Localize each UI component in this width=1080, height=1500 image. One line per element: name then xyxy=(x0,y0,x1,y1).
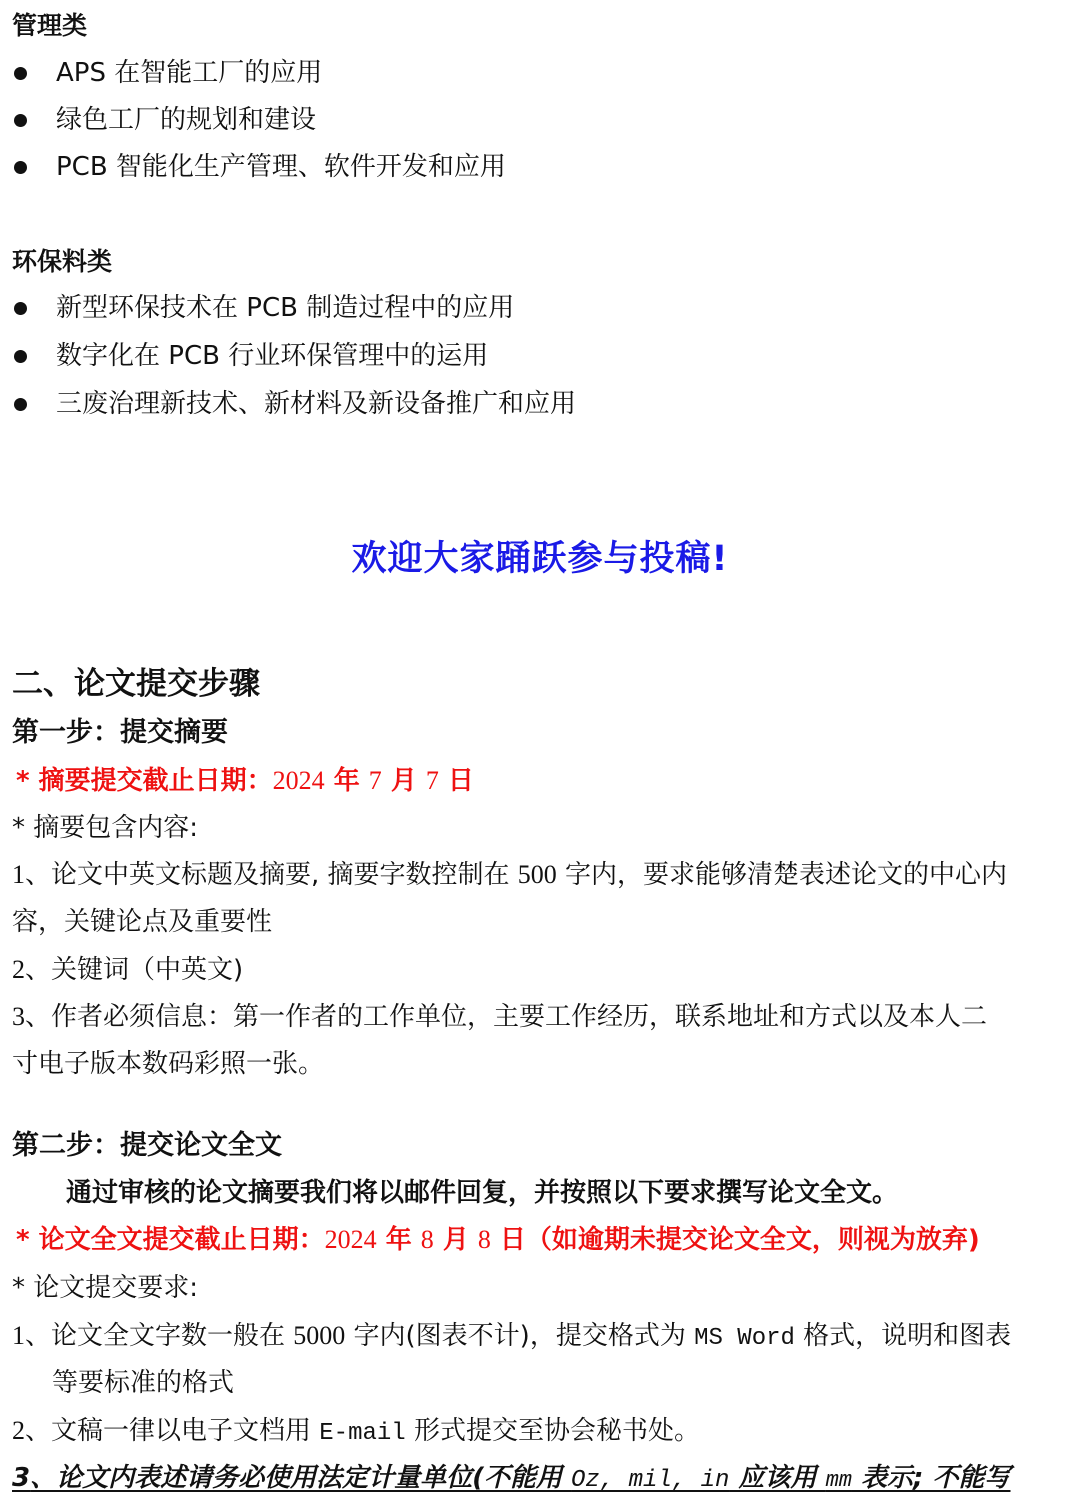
list-item-text: APS 在智能工厂的应用 xyxy=(56,55,322,91)
email-term: E-mail xyxy=(319,1420,405,1447)
item-text: 、关键词（中英文) xyxy=(25,955,243,985)
item-number: 3 xyxy=(12,1463,30,1493)
abstract-item-1-cont: 容，关键论点及重要性 xyxy=(12,904,272,940)
deadline-month-unit: 月 xyxy=(434,1225,478,1255)
deadline-month: 8 xyxy=(421,1225,434,1254)
deadline-month-unit: 月 xyxy=(382,766,426,796)
requirement-item-3: 3、论文内表述请务必使用法定计量单位(不能用 Oz, mil, in 应该用 m… xyxy=(12,1460,1011,1499)
deadline-day-unit: 日（如逾期未提交论文全文，则视为放弃) xyxy=(491,1225,980,1255)
deadline-label: * 论文全文提交截止日期： xyxy=(16,1225,325,1255)
list-item-text: 新型环保技术在 PCB 制造过程中的应用 xyxy=(56,290,514,326)
deadline-year: 2024 xyxy=(325,1225,377,1254)
deadline-day: 8 xyxy=(478,1225,491,1254)
list-item: 数字化在 PCB 行业环保管理中的运用 xyxy=(12,338,488,374)
allowed-unit: mm xyxy=(826,1468,852,1493)
list-item: APS 在智能工厂的应用 xyxy=(12,55,322,91)
deadline-day: 7 xyxy=(426,766,439,795)
deadline-month: 7 xyxy=(369,766,382,795)
item-text: 格式，说明和图表 xyxy=(795,1321,1011,1351)
deadline-day-unit: 日 xyxy=(439,766,474,796)
item-number: 2 xyxy=(12,955,25,984)
item-text: 、作者必须信息：第一作者的工作单位，主要工作经历，联系地址和方式以及本人二 xyxy=(25,1002,987,1032)
word-limit: 5000 xyxy=(293,1321,345,1350)
step2-title: 第二步：提交论文全文 xyxy=(12,1128,282,1164)
list-item-text: PCB 智能化生产管理、软件开发和应用 xyxy=(56,149,506,185)
deadline-label: * 摘要提交截止日期： xyxy=(16,766,273,796)
list-item: PCB 智能化生产管理、软件开发和应用 xyxy=(12,149,506,185)
category-heading-environmental: 环保料类 xyxy=(12,244,112,280)
welcome-banner: 欢迎大家踊跃参与投稿! xyxy=(0,536,1080,582)
deadline-year: 2024 xyxy=(273,766,325,795)
item-text: 字内(图表不计)，提交格式为 xyxy=(345,1321,694,1351)
list-item-text: 三废治理新技术、新材料及新设备推广和应用 xyxy=(56,386,576,422)
step1-title: 第一步：提交摘要 xyxy=(12,715,228,751)
bullet-icon xyxy=(14,161,27,174)
deadline-year-unit: 年 xyxy=(325,766,369,796)
disallowed-units: Oz, mil, in xyxy=(571,1467,729,1494)
item-text: 、论文内表述请务必使用法定计量单位(不能用 xyxy=(30,1463,571,1493)
section-title: 二、论文提交步骤 xyxy=(12,664,260,704)
format-name: MS Word xyxy=(694,1325,795,1352)
list-item: 绿色工厂的规划和建设 xyxy=(12,102,316,138)
list-item: 三废治理新技术、新材料及新设备推广和应用 xyxy=(12,386,576,422)
fulltext-deadline: * 论文全文提交截止日期：2024 年 8 月 8 日（如逾期未提交论文全文，则… xyxy=(16,1222,980,1258)
item-number: 3 xyxy=(12,1002,25,1031)
abstract-item-1: 1、论文中英文标题及摘要, 摘要字数控制在 500 字内，要求能够清楚表述论文的… xyxy=(12,857,1007,893)
document-page: 管理类 APS 在智能工厂的应用 绿色工厂的规划和建设 PCB 智能化生产管理、… xyxy=(0,0,1080,1500)
bullet-icon xyxy=(14,350,27,363)
bullet-icon xyxy=(14,302,27,315)
list-item: 新型环保技术在 PCB 制造过程中的应用 xyxy=(12,290,514,326)
abstract-contents-label: * 摘要包含内容: xyxy=(12,810,198,846)
list-item-text: 绿色工厂的规划和建设 xyxy=(56,102,316,138)
item-number: 2 xyxy=(12,1416,25,1445)
abstract-item-3: 3、作者必须信息：第一作者的工作单位，主要工作经历，联系地址和方式以及本人二 xyxy=(12,999,987,1035)
item-text: 、论文中英文标题及摘要, 摘要字数控制在 xyxy=(25,860,518,890)
requirement-item-2: 2、文稿一律以电子文档用 E-mail 形式提交至协会秘书处。 xyxy=(12,1413,700,1452)
item-number: 1 xyxy=(12,860,25,889)
bullet-icon xyxy=(14,67,27,80)
item-text: 字内，要求能够清楚表述论文的中心内 xyxy=(557,860,1007,890)
abstract-deadline: * 摘要提交截止日期：2024 年 7 月 7 日 xyxy=(16,763,474,799)
requirement-item-1-cont: 等要标准的格式 xyxy=(52,1365,234,1401)
requirements-label: * 论文提交要求: xyxy=(12,1270,198,1306)
item-text: 应该用 xyxy=(729,1463,825,1493)
abstract-item-2: 2、关键词（中英文) xyxy=(12,952,243,988)
deadline-year-unit: 年 xyxy=(377,1225,421,1255)
item-text: 、文稿一律以电子文档用 xyxy=(25,1416,319,1446)
item-text: 、论文全文字数一般在 xyxy=(25,1321,293,1351)
bullet-icon xyxy=(14,398,27,411)
item-text: 表示; 不能写 xyxy=(852,1463,1011,1493)
step2-intro: 通过审核的论文摘要我们将以邮件回复，并按照以下要求撰写论文全文。 xyxy=(66,1175,898,1211)
bullet-icon xyxy=(14,114,27,127)
item-number: 1 xyxy=(12,1321,25,1350)
item-text: 形式提交至协会秘书处。 xyxy=(406,1416,700,1446)
list-item-text: 数字化在 PCB 行业环保管理中的运用 xyxy=(56,338,488,374)
category-heading-management: 管理类 xyxy=(12,8,87,44)
abstract-item-3-cont: 寸电子版本数码彩照一张。 xyxy=(12,1046,324,1082)
word-limit: 500 xyxy=(518,860,557,889)
requirement-item-1: 1、论文全文字数一般在 5000 字内(图表不计)，提交格式为 MS Word … xyxy=(12,1318,1011,1357)
